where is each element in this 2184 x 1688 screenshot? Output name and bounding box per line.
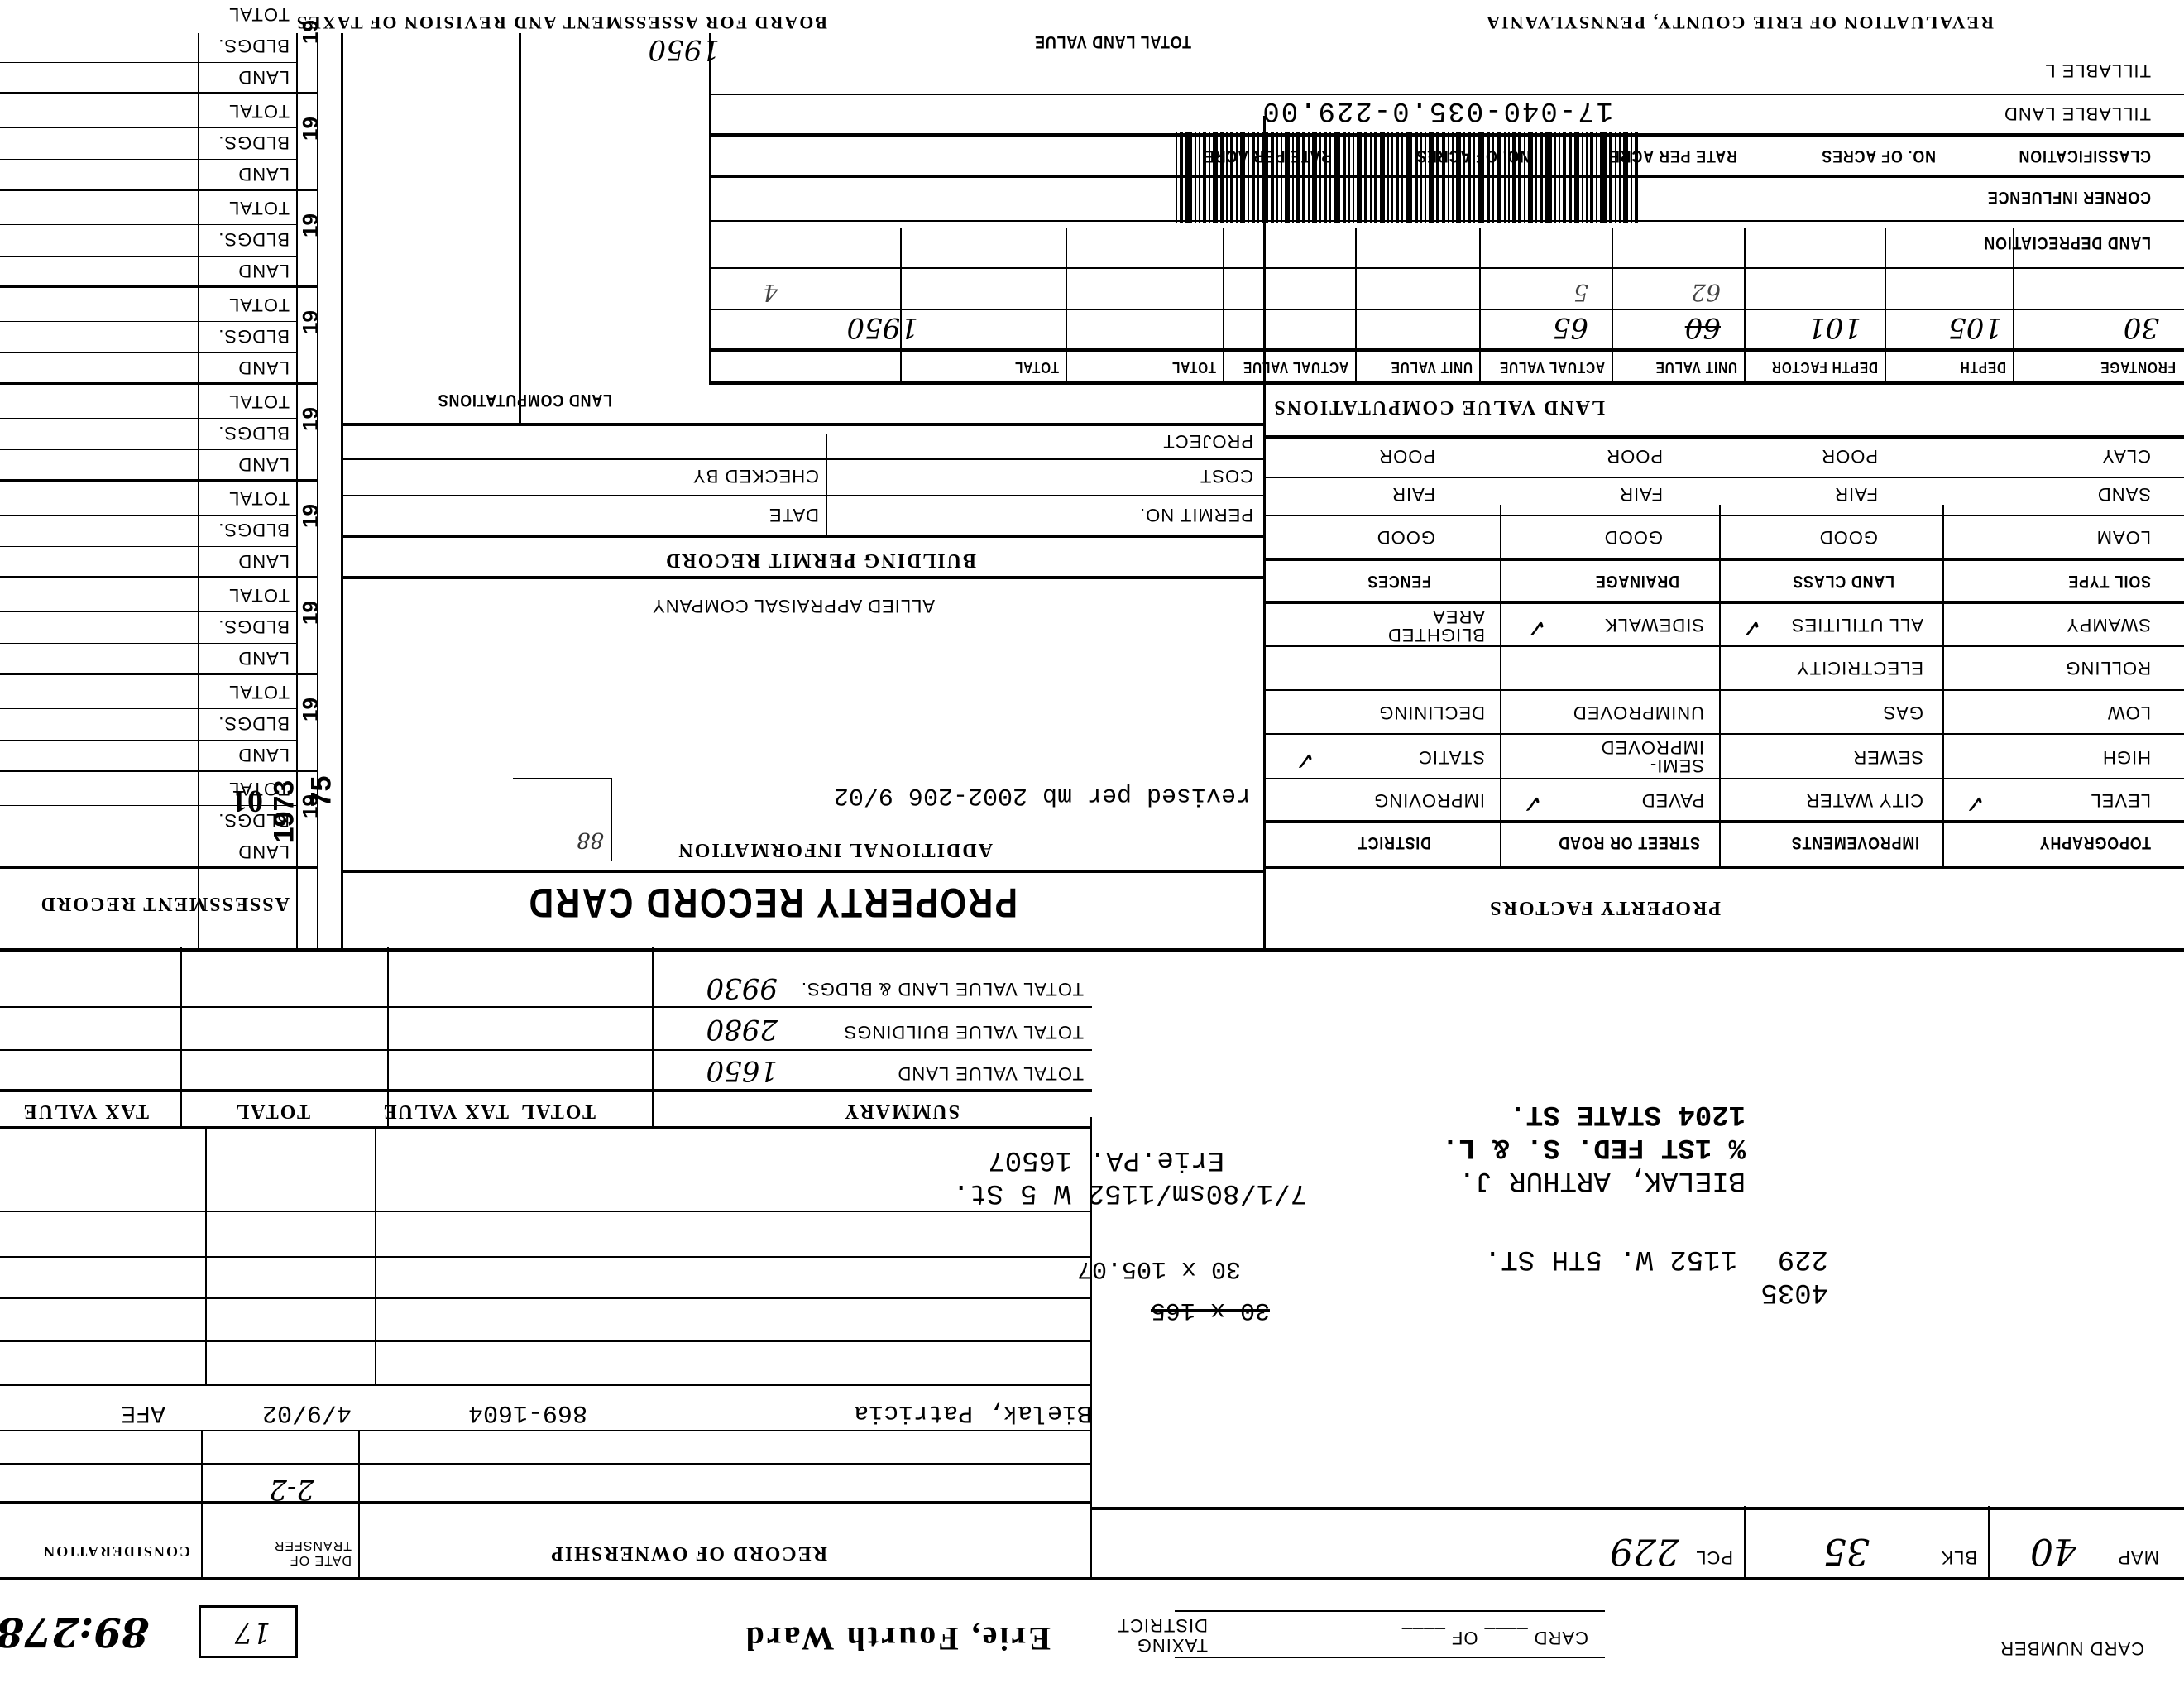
address-parcel-code: 4035 [1760, 1276, 1828, 1307]
assessment-row-label: TOTAL [228, 100, 290, 122]
assessment-row-label: BLDGS. [218, 325, 290, 347]
owner-line-1: BIELAK, ARTHUR J. [1458, 1164, 1746, 1196]
transfer-date: 4/9/02 [262, 1398, 352, 1427]
map-value: 40 [2030, 1530, 2076, 1572]
parcel-id: 17-040-035.0-229.00 [1261, 94, 1613, 126]
check-static: ✓ [1295, 746, 1315, 774]
blk-value: 35 [1823, 1530, 1870, 1572]
assessment-row-label: LAND [237, 647, 290, 669]
assessment-row-label: TOTAL [228, 197, 290, 218]
assessment-row-label: LAND [237, 66, 290, 88]
assessment-record-title: ASSESSMENT RECORD [40, 892, 290, 914]
frontage-value: 30 [2124, 311, 2159, 344]
assessment-row-label: BLDGS. [218, 422, 290, 444]
boxed-number: 17 [199, 1605, 298, 1658]
taxing-district-value: Erie, Fourth Ward [744, 1619, 1051, 1658]
assessment-row-label: LAND [237, 260, 290, 281]
assessment-row-label: TOTAL [228, 487, 290, 509]
land-value-header: FRONTAGE [2100, 358, 2176, 376]
total-value-land: 1650 [706, 1054, 778, 1087]
check-paved: ✓ [1522, 789, 1543, 818]
parcel-barcode [1173, 132, 1638, 223]
land-value-header: TOTAL [1171, 358, 1216, 376]
actual-value: 65 [1553, 311, 1588, 344]
owner-name: Bielak, Patricia [854, 1398, 1092, 1427]
total-value-buildings: 2980 [706, 1013, 778, 1046]
land-value-header: TOTAL [1014, 358, 1059, 376]
assessment-row-label: BLDGS. [218, 519, 290, 540]
land-value-computations-title: LAND VALUE COMPUTATIONS [1272, 396, 1605, 418]
taxing-district-label: TAXING DISTRICT [1075, 1615, 1208, 1655]
board-title: BOARD FOR ASSESSMENT AND REVISION OF TAX… [295, 12, 827, 33]
assessment-row-label: BLDGS. [218, 132, 290, 153]
assessment-year-prefix: 19 [298, 601, 323, 625]
check-sidewalk: ✓ [1526, 613, 1547, 642]
assessment-row-label: LAND [237, 453, 290, 475]
property-address: 1152 W. 5TH ST. [1484, 1243, 1737, 1274]
check-level: ✓ [1965, 789, 1985, 818]
land-total: 1950 [846, 311, 918, 344]
assessment-row-label: TOTAL [228, 294, 290, 315]
assessment-row-label: BLDGS. [218, 35, 290, 56]
assessment-row-label: TOTAL [228, 3, 290, 25]
card-number-label: CARD NUMBER [2000, 1638, 2144, 1658]
land-value-header: ACTUAL VALUE [1499, 358, 1605, 376]
total-value-land-bldgs: 9930 [706, 971, 778, 1005]
total-land-value: 1950 [648, 33, 720, 66]
assessment-row-label: BLDGS. [218, 616, 290, 637]
land-value-header: ACTUAL VALUE [1243, 358, 1348, 376]
assessment-row-label: TOTAL [228, 391, 290, 412]
land-value-header: UNIT VALUE [1391, 358, 1473, 376]
assessment-row-label: TOTAL [228, 584, 290, 606]
assessment-year-prefix: 19 [298, 698, 323, 722]
pcl-value: 229 [1610, 1530, 1679, 1572]
assessment-year-prefix: 19 [298, 504, 323, 528]
check-all-utilities: ✓ [1741, 613, 1762, 642]
land-value-header: UNIT VALUE [1655, 358, 1737, 376]
assessment-year-prefix: 19 [298, 117, 323, 141]
land-value-header: DEPTH FACTOR [1771, 358, 1878, 376]
owner-phone: 869-1604 [468, 1398, 587, 1427]
assessment-row-label: LAND [237, 841, 290, 862]
property-record-card: CARD NUMBER CARD ____ OF ____ TAXING DIS… [0, 0, 2184, 1688]
assessment-year-prefix: 19 [298, 310, 323, 334]
record-of-ownership-title: RECORD OF OWNERSHIP [549, 1542, 827, 1564]
assessment-year-prefix: 19 [298, 213, 323, 237]
assessment-row-label: LAND [237, 550, 290, 572]
lot-dimensions: 30 x 105.07 [1077, 1254, 1241, 1283]
depth-value: 105 [1948, 311, 2002, 344]
card-of-label: CARD ____ OF ____ [1401, 1627, 1588, 1648]
depth-factor-value: 101 [1808, 311, 1861, 344]
assessment-row-label: LAND [237, 744, 290, 765]
property-record-card-title: PROPERTY RECORD CARD [527, 879, 1018, 927]
assessment-row-label: BLDGS. [218, 712, 290, 734]
land-value-header: DEPTH [1960, 358, 2006, 376]
assessment-row-label: LAND [237, 163, 290, 185]
assessment-year-prefix: 19 [298, 407, 323, 431]
stamp-number: 89:278 [0, 1609, 149, 1655]
revaluation-title: REVALUATION OF ERIE COUNTY, PENNSYLVANIA [1485, 12, 1994, 33]
assessment-row-label: LAND [237, 357, 290, 378]
property-factors-title: PROPERTY FACTORS [1488, 896, 1721, 918]
consideration: AFE [121, 1398, 165, 1427]
additional-note: revised per mb 2002-206 9/02 [834, 781, 1251, 809]
assessment-row-label: TOTAL [228, 681, 290, 703]
assessment-row-label: BLDGS. [218, 228, 290, 250]
